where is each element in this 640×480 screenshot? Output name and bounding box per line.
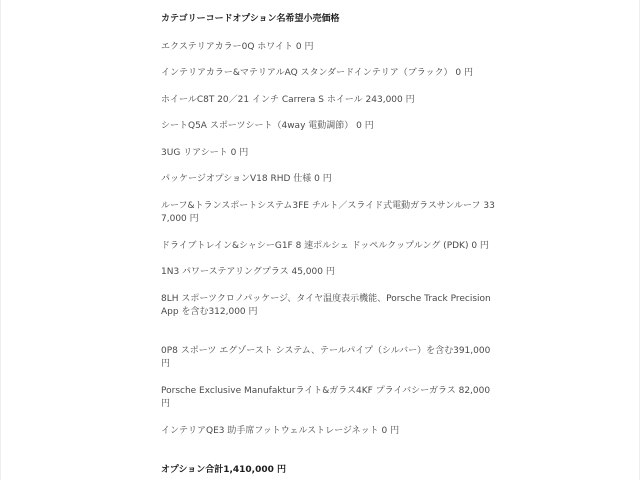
- option-line-sunroof: ルーフ&トランスポートシステム3FE チルト／スライド式電動ガラスサンルーフ 3…: [161, 200, 495, 227]
- option-line-interior-color: インテリアカラー&マテリアルAQ スタンダードインテリア（ブラック） 0 円: [161, 67, 495, 81]
- table-header: カテゴリーコードオプション名希望小売価格: [161, 13, 495, 27]
- options-list: カテゴリーコードオプション名希望小売価格 エクステリアカラー0Q ホワイト 0 …: [161, 13, 495, 478]
- option-line-privacy-glass: Porsche Exclusive Manufakturライト&ガラス4KF プ…: [161, 385, 495, 412]
- option-line-drivetrain-pdk: ドライブトレイン&シャシーG1F 8 速ポルシェ ドッペルクップルング (PDK…: [161, 240, 495, 254]
- option-line-storage-net: インテリアQE3 助手席フットウェルストレージネット 0 円: [161, 425, 495, 439]
- option-line-sport-exhaust: 0P8 スポーツ エグゾースト システム、テールパイプ（シルバー）を含む391,…: [161, 345, 495, 372]
- options-total: オプション合計1,410,000 円: [161, 464, 495, 478]
- option-line-wheels: ホイールC8T 20／21 インチ Carrera S ホイール 243,000…: [161, 94, 495, 108]
- option-line-sport-chrono: 8LH スポーツクロノパッケージ、タイヤ温度表示機能、Porsche Track…: [161, 293, 495, 320]
- option-line-seats: シートQ5A スポーツシート（4way 電動調節） 0 円: [161, 120, 495, 134]
- option-line-package-rhd: パッケージオプションV18 RHD 仕様 0 円: [161, 173, 495, 187]
- document-page: カテゴリーコードオプション名希望小売価格 エクステリアカラー0Q ホワイト 0 …: [0, 0, 640, 480]
- option-line-rear-seat: 3UG リアシート 0 円: [161, 147, 495, 161]
- option-line-exterior-color: エクステリアカラー0Q ホワイト 0 円: [161, 41, 495, 55]
- option-line-power-steering: 1N3 パワーステアリングプラス 45,000 円: [161, 266, 495, 280]
